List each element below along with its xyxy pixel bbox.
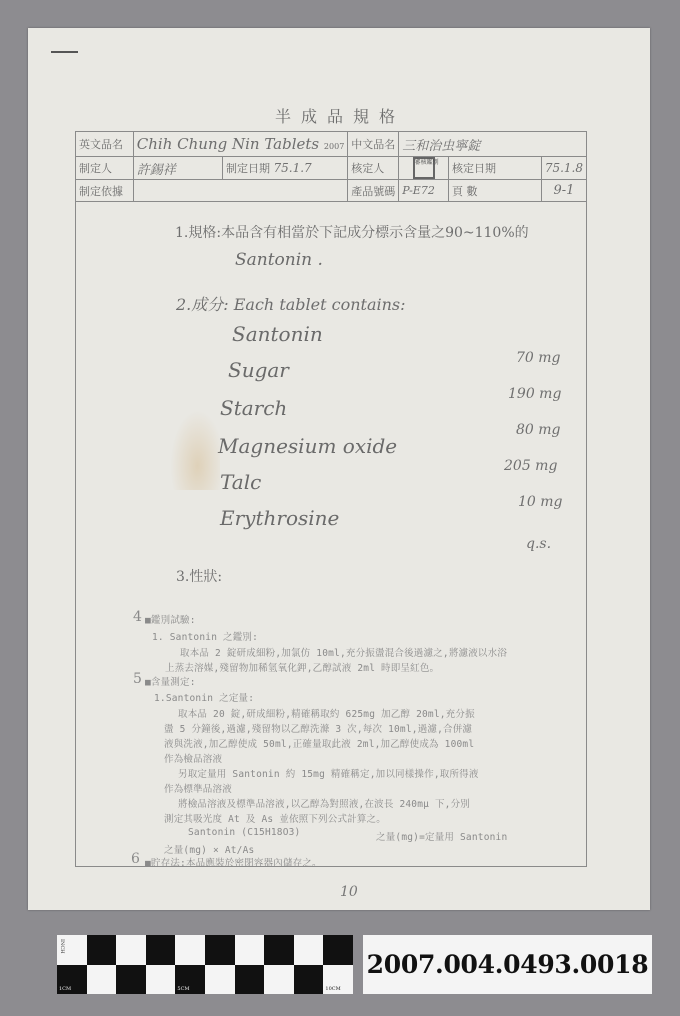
scale-label-end: 10CM [325,986,340,992]
section5-line: 取本品 20 錠,研成細粉,精確稱取約 625mg 加乙醇 20ml,充分振 [178,706,475,720]
scale-label-start: 1CM [59,986,71,992]
section4-heading: ■鑑別試驗: [145,612,196,626]
formula-right: 之量(mg) × At/As [164,842,254,856]
corner-mark [51,51,78,53]
section5-line: 作為檢品溶液 [164,751,222,765]
pages-value: 9-1 [541,180,586,202]
formula-mid: 之量(mg)=定量用 Santonin [376,829,507,843]
section5-line: 盪 5 分鐘後,過濾,殘留物以乙醇洗滌 3 次,每次 10ml,過濾,合併濾 [164,721,472,735]
section4-item1-title: 1. Santonin 之鑑別: [152,629,258,643]
basis-value [133,180,347,202]
section1-spec: 1.規格:本品含有相當於下記成分標示含量之90~110%的 [175,222,529,242]
header-table: 英文品名 Chih Chung Nin Tablets 2007 中文品名 三和… [75,131,587,202]
section2-heading: 2.成分: Each tablet contains: [176,292,406,315]
approver-label: 核定人 [348,157,399,180]
ingredient-name: Starch [220,396,287,420]
product-no-label: 產品號碼 [348,180,399,202]
section4-line: 取本品 2 錠研成細粉,加氯仿 10ml,充分振盪混合後過濾之,將濾液以水浴 [180,645,507,659]
ingredient-name: Erythrosine [220,506,339,530]
ingredient-amount: 80 mg [516,422,561,438]
section1-spec-cont: Santonin . [235,250,323,270]
ingredient-amount: q.s. [526,536,551,552]
section5-line: 作為標準品溶液 [164,781,232,795]
ingredient-amount: 190 mg [508,386,561,402]
ingredient-name: Talc [220,470,261,494]
section5-number: 5 [133,671,142,687]
english-name-value: Chih Chung Nin Tablets 2007 [133,132,347,157]
page-title: 半成品規格 [0,104,680,127]
approver-stamp-cell: 審核鑑別 [399,157,449,180]
section4-line: 上蒸去溶媒,殘留物加稀氫氧化鉀,乙醇試液 2ml 時即呈紅色。 [165,660,439,674]
ingredient-name: Santonin [232,322,323,346]
drafter-label: 制定人 [76,157,134,180]
scale-label-mid: 5CM [177,986,189,992]
draft-date-value: 75.1.7 [274,161,312,175]
ingredient-amount: 205 mg [504,458,557,474]
section5-line: 將檢品溶液及標準品溶液,以乙醇為對照液,在波長 240mμ 下,分別 [178,796,470,810]
section6-number: 6 [131,851,140,867]
formula-left: Santonin (C15H18O3) [188,827,300,838]
approve-date-label: 核定日期 [448,157,541,180]
ingredient-amount: 70 mg [516,350,561,366]
draft-date-cell: 制定日期 75.1.7 [223,157,348,180]
ingredient-name: Sugar [228,358,289,382]
section5-line: 液與洗液,加乙醇使成 50ml,正確量取此液 2ml,加乙醇使成為 100ml [164,736,474,750]
ingredient-name: Magnesium oxide [218,434,397,458]
accession-number-label: 2007.004.0493.0018 [363,935,652,994]
basis-label: 制定依據 [76,180,134,202]
section5-line: 另取定量用 Santonin 約 15mg 精確稱定,加以同樣操作,取所得液 [178,766,479,780]
section5-item1-title: 1.Santonin 之定量: [154,690,254,704]
pages-label: 頁 數 [448,180,541,202]
product-no-value: P-E72 [399,180,449,202]
section3-heading: 3.性狀: [176,566,222,586]
page-number: 10 [340,884,358,900]
chinese-name-label: 中文品名 [348,132,399,157]
section5-line: 測定其吸光度 At 及 As 並依照下列公式計算之。 [164,811,386,825]
chinese-name-value: 三和治虫寧錠 [399,132,587,157]
paper-stain [170,410,220,490]
approve-date-value: 75.1.8 [541,157,586,180]
section5-heading: ■含量測定: [145,674,196,688]
english-name-label: 英文品名 [76,132,134,157]
approval-stamp-icon: 審核鑑別 [413,157,435,179]
color-scale-bar: INCH 1CM 5CM 10CM [57,935,353,994]
section4-number: 4 [133,609,142,625]
draft-date-label: 制定日期 [226,162,270,175]
section6-text: ■貯存法:本品應裝於密閉容器內儲存之。 [145,855,322,869]
ingredient-amount: 10 mg [518,494,563,510]
drafter-value: 許錫祥 [133,157,222,180]
